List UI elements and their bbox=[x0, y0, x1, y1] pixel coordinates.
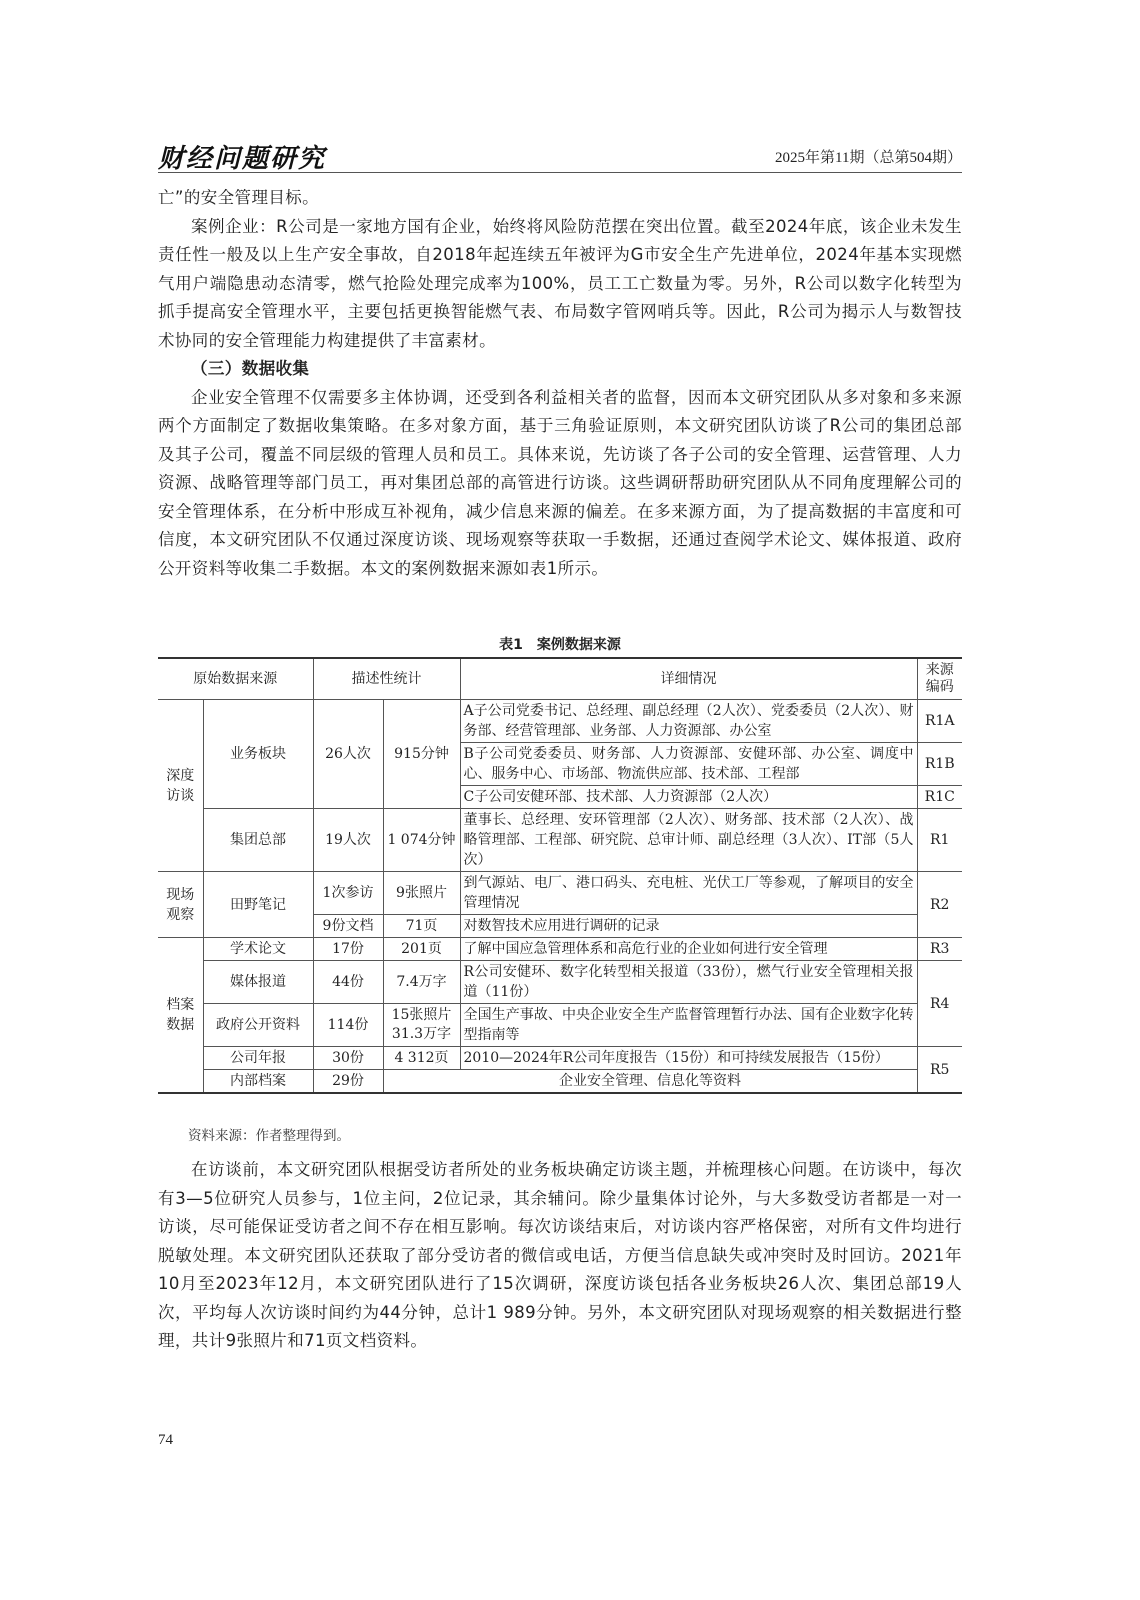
row-amount-line1: 15张照片 bbox=[387, 1006, 457, 1025]
closing-text: 在访谈前，本文研究团队根据受访者所处的业务板块确定访谈主题，并梳理核心问题。在访… bbox=[158, 1156, 962, 1356]
table-row: 政府公开资料 114份 15张照片 31.3万字 全国生产事故、中央企业安全生产… bbox=[158, 1004, 962, 1047]
row-count: 29份 bbox=[313, 1070, 383, 1094]
journal-logo: 财经问题研究 bbox=[158, 138, 326, 175]
row-label: 政府公开资料 bbox=[203, 1004, 313, 1047]
table-row: 集团总部 19人次 1 074分钟 董事长、总经理、安环管理部（2人次）、财务部… bbox=[158, 809, 962, 872]
section-heading: （三）数据收集 bbox=[158, 355, 962, 384]
paragraph-continuation: 亡”的安全管理目标。 bbox=[158, 184, 962, 213]
row-detail: B子公司党委委员、财务部、人力资源部、安健环部、办公室、调度中心、服务中心、市场… bbox=[460, 743, 917, 786]
row-code: R2 bbox=[917, 872, 962, 938]
row-detail: 了解中国应急管理体系和高危行业的企业如何进行安全管理 bbox=[460, 938, 917, 961]
row-count: 114份 bbox=[313, 1004, 383, 1047]
table-header-row: 原始数据来源 描述性统计 详细情况 来源编码 bbox=[158, 658, 962, 700]
row-amount: 71页 bbox=[383, 915, 460, 938]
row-count: 19人次 bbox=[313, 809, 383, 872]
row-label: 集团总部 bbox=[203, 809, 313, 872]
row-detail: R公司安健环、数字化转型相关报道（33份），燃气行业安全管理相关报道（11份） bbox=[460, 961, 917, 1004]
row-detail: 2010—2024年R公司年度报告（15份）和可持续发展报告（15份） bbox=[460, 1047, 917, 1070]
row-label: 田野笔记 bbox=[203, 872, 313, 938]
paragraph-interview-procedure: 在访谈前，本文研究团队根据受访者所处的业务板块确定访谈主题，并梳理核心问题。在访… bbox=[158, 1156, 962, 1356]
group-interview: 深度访谈 bbox=[158, 700, 203, 872]
table-row: 公司年报 30份 4 312页 2010—2024年R公司年度报告（15份）和可… bbox=[158, 1047, 962, 1070]
row-code: R4 bbox=[917, 961, 962, 1047]
table-row: 内部档案 29份 企业安全管理、信息化等资料 bbox=[158, 1070, 962, 1094]
row-detail: C子公司安健环部、技术部、人力资源部（2人次） bbox=[460, 786, 917, 809]
paragraph-data-collection: 企业安全管理不仅需要多主体协调，还受到各利益相关者的监督，因而本文研究团队从多对… bbox=[158, 384, 962, 584]
row-label: 学术论文 bbox=[203, 938, 313, 961]
row-detail: 全国生产事故、中央企业安全生产监督管理暂行办法、国有企业数字化转型指南等 bbox=[460, 1004, 917, 1047]
header-source: 原始数据来源 bbox=[158, 658, 313, 700]
running-header: 财经问题研究 2025年第11期（总第504期） bbox=[158, 138, 962, 173]
row-amount: 15张照片 31.3万字 bbox=[383, 1004, 460, 1047]
row-code: R1 bbox=[917, 809, 962, 872]
row-label: 公司年报 bbox=[203, 1047, 313, 1070]
table-title: 表1 案例数据来源 bbox=[158, 634, 962, 654]
row-count: 9份文档 bbox=[313, 915, 383, 938]
table-row: 现场观察 田野笔记 1次参访 9张照片 到气源站、电厂、港口码头、充电桩、光伏工… bbox=[158, 872, 962, 915]
row-amount: 1 074分钟 bbox=[383, 809, 460, 872]
row-amount: 9张照片 bbox=[383, 872, 460, 915]
row-amount: 4 312页 bbox=[383, 1047, 460, 1070]
table-note: 资料来源：作者整理得到。 bbox=[188, 1124, 350, 1144]
row-label: 媒体报道 bbox=[203, 961, 313, 1004]
row-count: 44份 bbox=[313, 961, 383, 1004]
row-detail: 企业安全管理、信息化等资料 bbox=[383, 1070, 917, 1094]
row-label: 内部档案 bbox=[203, 1070, 313, 1094]
page-number: 74 bbox=[158, 1432, 173, 1449]
data-source-table: 原始数据来源 描述性统计 详细情况 来源编码 深度访谈 业务板块 26人次 91… bbox=[158, 657, 962, 1094]
row-amount: 7.4万字 bbox=[383, 961, 460, 1004]
header-stats: 描述性统计 bbox=[313, 658, 460, 700]
row-detail: 董事长、总经理、安环管理部（2人次）、财务部、技术部（2人次）、战略管理部、工程… bbox=[460, 809, 917, 872]
paragraph-case-company: 案例企业：R公司是一家地方国有企业，始终将风险防范摆在突出位置。截至2024年底… bbox=[158, 213, 962, 356]
row-code: R1C bbox=[917, 786, 962, 809]
header-code: 来源编码 bbox=[917, 658, 962, 700]
row-detail: 对数智技术应用进行调研的记录 bbox=[460, 915, 917, 938]
table-row: 媒体报道 44份 7.4万字 R公司安健环、数字化转型相关报道（33份），燃气行… bbox=[158, 961, 962, 1004]
row-amount: 915分钟 bbox=[383, 700, 460, 809]
row-code: R5 bbox=[917, 1047, 962, 1094]
row-detail: 到气源站、电厂、港口码头、充电桩、光伏工厂等参观，了解项目的安全管理情况 bbox=[460, 872, 917, 915]
intro-text: 亡”的安全管理目标。 案例企业：R公司是一家地方国有企业，始终将风险防范摆在突出… bbox=[158, 184, 962, 583]
row-code: R3 bbox=[917, 938, 962, 961]
header-detail: 详细情况 bbox=[460, 658, 917, 700]
row-code: R1A bbox=[917, 700, 962, 743]
row-count: 30份 bbox=[313, 1047, 383, 1070]
row-count: 17份 bbox=[313, 938, 383, 961]
group-archive: 档案数据 bbox=[158, 938, 203, 1094]
row-amount-line2: 31.3万字 bbox=[387, 1025, 457, 1044]
table-row: 深度访谈 业务板块 26人次 915分钟 A子公司党委书记、总经理、副总经理（2… bbox=[158, 700, 962, 743]
issue-info: 2025年第11期（总第504期） bbox=[775, 146, 962, 167]
group-field: 现场观察 bbox=[158, 872, 203, 938]
row-count: 1次参访 bbox=[313, 872, 383, 915]
row-detail: A子公司党委书记、总经理、副总经理（2人次）、党委委员（2人次）、财务部、经营管… bbox=[460, 700, 917, 743]
row-label: 业务板块 bbox=[203, 700, 313, 809]
row-code: R1B bbox=[917, 743, 962, 786]
table-row: 档案数据 学术论文 17份 201页 了解中国应急管理体系和高危行业的企业如何进… bbox=[158, 938, 962, 961]
row-amount: 201页 bbox=[383, 938, 460, 961]
row-count: 26人次 bbox=[313, 700, 383, 809]
